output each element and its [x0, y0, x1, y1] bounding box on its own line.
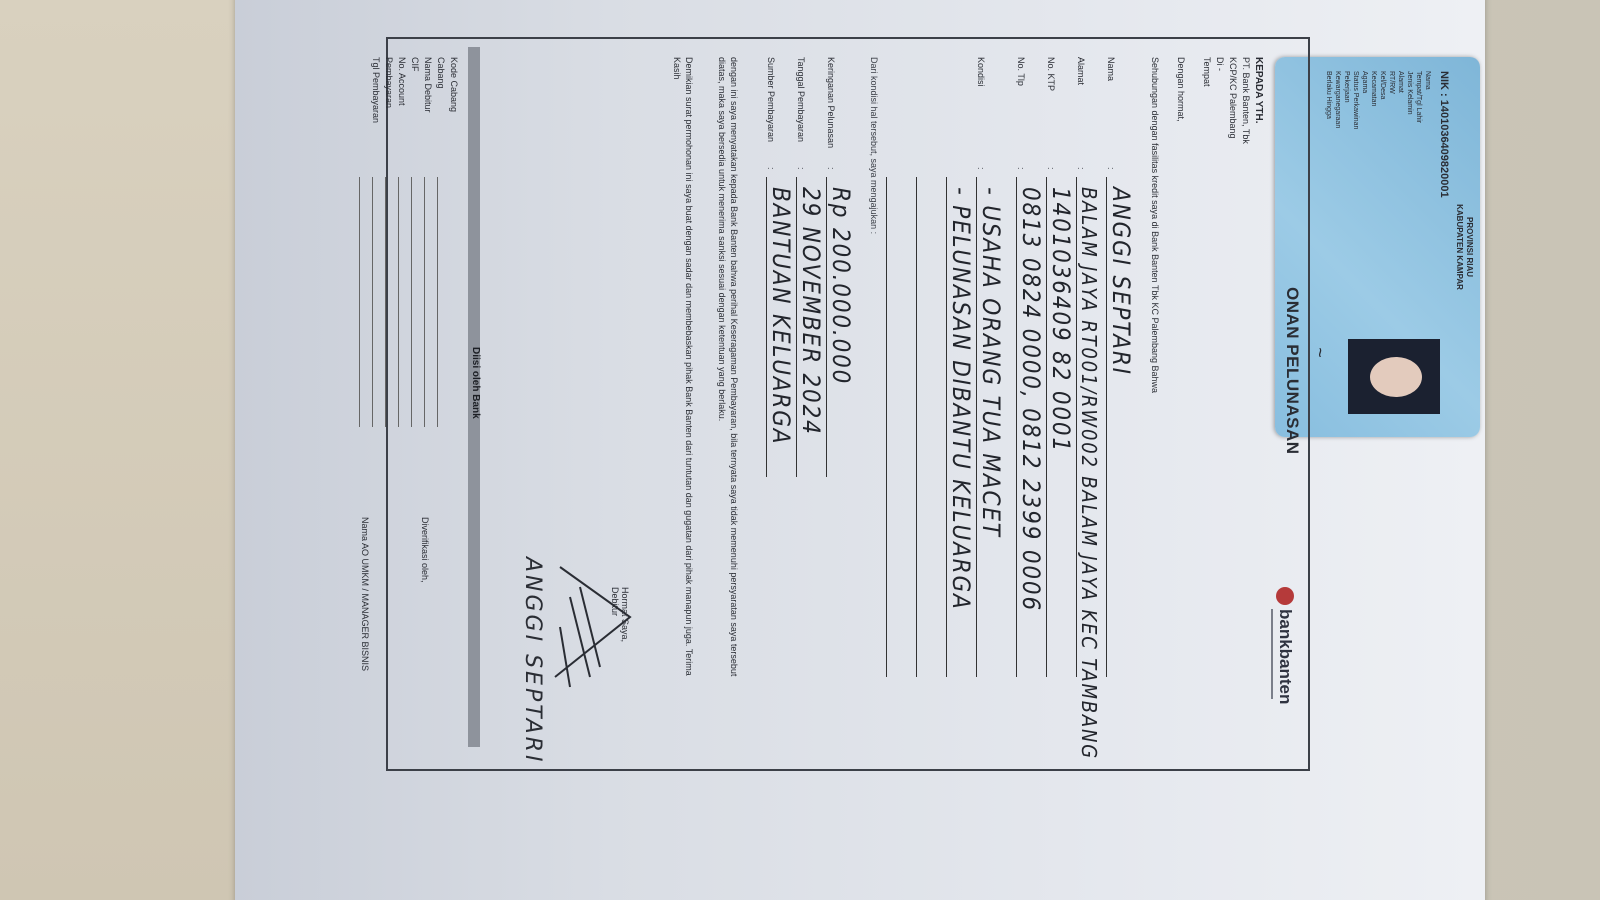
id-card-fields: Nama Tempat/Tgl Lahir Jenis Kelamin Alam…	[1324, 71, 1432, 129]
field-kondisi-4	[886, 57, 915, 677]
statement-paragraph-2: Demikian surat permohonan ini saya buat …	[671, 57, 695, 697]
field-kondisi: Kondisi: - USAHA ORANG TUA MACET	[976, 57, 1005, 677]
table-surface	[0, 0, 240, 900]
field-telepon: No. Tlp: 0813 0824 0000, 0812 2399 0006	[1016, 57, 1045, 677]
signature-scribble	[550, 557, 640, 727]
addressee-block: KEPADA YTH. PT. Bank Banten, Tbk KCP/KC …	[1148, 57, 1265, 393]
field-keringanan: Keringanan Pelunasan: Rp 200.000.000	[826, 57, 855, 477]
bank-section-lines	[359, 177, 450, 427]
document-title: ONAN PELUNASAN	[1282, 287, 1302, 455]
field-sumber: Sumber Pembayaran: BANTUAN KELUARGA	[766, 57, 795, 477]
id-card-nik: NIK : 1401036409820001	[1438, 71, 1450, 198]
document-page: PROVINSI RIAU KABUPATEN KAMPAR NIK : 140…	[230, 0, 1480, 877]
id-card-photo	[1348, 339, 1440, 414]
verified-by-label: Diverifikasi oleh,	[420, 517, 430, 583]
field-nama: Nama: ANGGI SEPTARI	[1106, 57, 1135, 677]
bank-logo-icon	[1276, 587, 1294, 605]
id-card-header: PROVINSI RIAU KABUPATEN KAMPAR	[1454, 57, 1474, 437]
bank-section-header: Diisi oleh Bank	[468, 47, 480, 747]
field-alamat: Alamat: BALAM JAYA RT001/RW002 BALAM JAY…	[1076, 57, 1105, 677]
field-tanggal: Tanggal Pembayaran: 29 NOVEMBER 2024	[796, 57, 825, 477]
statement-paragraph-1: dengan ini saya menyatakan kepada Bank B…	[716, 57, 740, 697]
field-ktp: No. KTP: 1401036409 82 0001	[1046, 57, 1075, 677]
id-card-signature: ~	[1309, 347, 1330, 358]
officer-label: Nama AO UMKM / MANAGER BISNIS	[360, 517, 370, 671]
field-kondisi-3	[916, 57, 945, 677]
bank-section-labels: Kode Cabang Cabang Nama Debitur CIF No. …	[369, 57, 460, 123]
field-kondisi-2: - PELUNASAN DIBANTU KELUARGA	[946, 57, 975, 677]
bank-logo: bankbanten	[1275, 587, 1295, 704]
request-intro: Dari kondisi hal tersebut, saya mengajuk…	[868, 57, 880, 697]
signature-block: Hormat Saya, Debitur ANGGI SEPTARI	[520, 557, 640, 737]
